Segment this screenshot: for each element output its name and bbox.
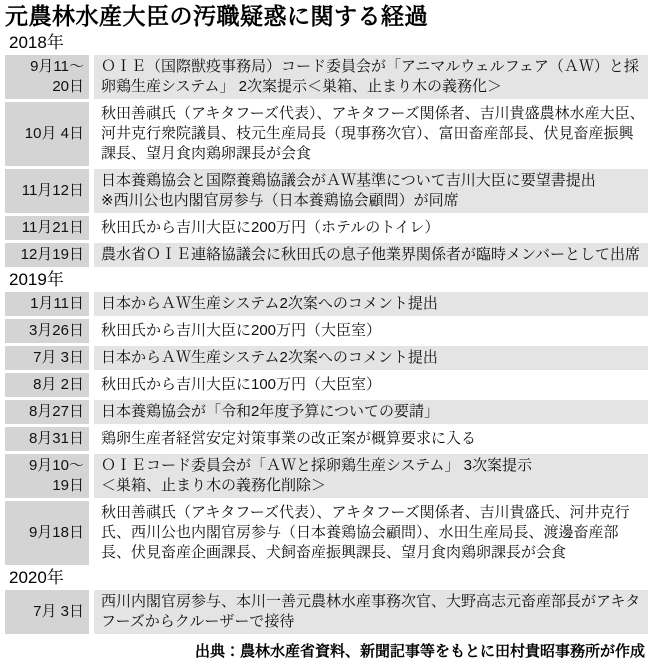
- timeline-row: 11月21日秋田氏から吉川大臣に200万円（ホテルのトイレ）: [5, 216, 648, 240]
- row-text: 秋田善祺氏（アキタフーズ代表）、アキタフーズ関係者、吉川貴盛農林水産大臣、河井克…: [94, 102, 648, 166]
- row-date: 9月10～ 19日: [5, 454, 89, 498]
- timeline-row: 1月11日日本からＡＷ生産システム2次案へのコメント提出: [5, 292, 648, 316]
- row-text: 日本からＡＷ生産システム2次案へのコメント提出: [94, 292, 648, 316]
- row-text: 秋田善祺氏（アキタフーズ代表）、アキタフーズ関係者、吉川貴盛氏、河井克行氏、西川…: [94, 501, 648, 565]
- row-date: 11月21日: [5, 216, 89, 240]
- row-date: 11月12日: [5, 169, 89, 213]
- timeline-document: 元農林水産大臣の汚職疑惑に関する経過 2018年9月11～ 20日ＯＩＥ（国際獣…: [0, 0, 650, 661]
- year-label: 2020年: [9, 568, 648, 587]
- year-section: 2019年1月11日日本からＡＷ生産システム2次案へのコメント提出3月26日秋田…: [5, 270, 648, 565]
- timeline-row: 11月12日日本養鶏協会と国際養鶏協議会がＡＷ基準について吉川大臣に要望書提出 …: [5, 169, 648, 213]
- timeline-row: 10月 4日秋田善祺氏（アキタフーズ代表）、アキタフーズ関係者、吉川貴盛農林水産…: [5, 102, 648, 166]
- row-text: 日本養鶏協会と国際養鶏協議会がＡＷ基準について吉川大臣に要望書提出 ※西川公也内…: [94, 169, 648, 213]
- year-section: 2020年7月 3日西川内閣官房参与、本川一善元農林水産事務次官、大野高志元畜産…: [5, 568, 648, 634]
- row-date: 9月11～ 20日: [5, 55, 89, 99]
- row-text: 農水省ＯＩＥ連絡協議会に秋田氏の息子他業界関係者が臨時メンバーとして出席: [94, 243, 648, 267]
- timeline-sections: 2018年9月11～ 20日ＯＩＥ（国際獣疫事務局）コード委員会が「アニマルウェ…: [5, 33, 648, 634]
- year-label: 2019年: [9, 270, 648, 289]
- row-text: 鶏卵生産者経営安定対策事業の改正案が概算要求に入る: [94, 427, 648, 451]
- year-section: 2018年9月11～ 20日ＯＩＥ（国際獣疫事務局）コード委員会が「アニマルウェ…: [5, 33, 648, 267]
- year-label: 2018年: [9, 33, 648, 52]
- row-text: 日本養鶏協会が「令和2年度予算についての要請」: [94, 400, 648, 424]
- timeline-row: 9月11～ 20日ＯＩＥ（国際獣疫事務局）コード委員会が「アニマルウェルフェア（…: [5, 55, 648, 99]
- row-text: 西川内閣官房参与、本川一善元農林水産事務次官、大野高志元畜産部長がアキタフーズか…: [94, 590, 648, 634]
- timeline-row: 12月19日農水省ＯＩＥ連絡協議会に秋田氏の息子他業界関係者が臨時メンバーとして…: [5, 243, 648, 267]
- row-text: 秋田氏から吉川大臣に200万円（大臣室）: [94, 319, 648, 343]
- row-date: 3月26日: [5, 319, 89, 343]
- timeline-row: 3月26日秋田氏から吉川大臣に200万円（大臣室）: [5, 319, 648, 343]
- row-date: 8月 2日: [5, 373, 89, 397]
- row-date: 12月19日: [5, 243, 89, 267]
- row-date: 10月 4日: [5, 102, 89, 166]
- row-text: ＯＩＥコード委員会が「ＡＷと採卵鶏生産システム」 3次案提示 ＜巣箱、止まり木の…: [94, 454, 648, 498]
- timeline-row: 8月27日日本養鶏協会が「令和2年度予算についての要請」: [5, 400, 648, 424]
- row-text: ＯＩＥ（国際獣疫事務局）コード委員会が「アニマルウェルフェア（ＡＷ）と採卵鶏生産…: [94, 55, 648, 99]
- timeline-row: 7月 3日日本からＡＷ生産システム2次案へのコメント提出: [5, 346, 648, 370]
- source-note: 出典：農林水産省資料、新聞記事等をもとに田村貴昭事務所が作成: [5, 640, 645, 661]
- page-title: 元農林水産大臣の汚職疑惑に関する経過: [5, 3, 648, 29]
- row-date: 9月18日: [5, 501, 89, 565]
- row-text: 秋田氏から吉川大臣に100万円（大臣室）: [94, 373, 648, 397]
- row-date: 7月 3日: [5, 346, 89, 370]
- timeline-row: 8月31日鶏卵生産者経営安定対策事業の改正案が概算要求に入る: [5, 427, 648, 451]
- timeline-row: 9月10～ 19日ＯＩＥコード委員会が「ＡＷと採卵鶏生産システム」 3次案提示 …: [5, 454, 648, 498]
- row-date: 8月31日: [5, 427, 89, 451]
- row-date: 1月11日: [5, 292, 89, 316]
- timeline-row: 9月18日秋田善祺氏（アキタフーズ代表）、アキタフーズ関係者、吉川貴盛氏、河井克…: [5, 501, 648, 565]
- timeline-row: 8月 2日秋田氏から吉川大臣に100万円（大臣室）: [5, 373, 648, 397]
- row-text: 日本からＡＷ生産システム2次案へのコメント提出: [94, 346, 648, 370]
- timeline-row: 7月 3日西川内閣官房参与、本川一善元農林水産事務次官、大野高志元畜産部長がアキ…: [5, 590, 648, 634]
- row-text: 秋田氏から吉川大臣に200万円（ホテルのトイレ）: [94, 216, 648, 240]
- row-date: 8月27日: [5, 400, 89, 424]
- row-date: 7月 3日: [5, 590, 89, 634]
